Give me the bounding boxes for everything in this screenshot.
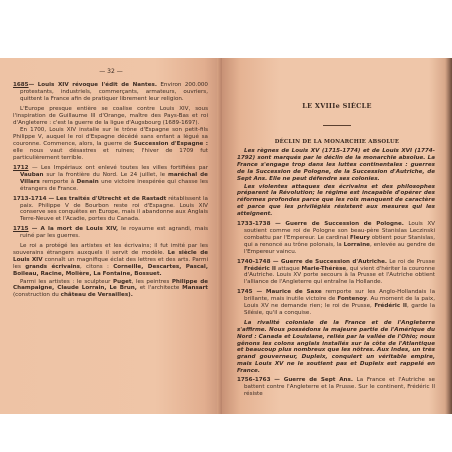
page-number: — 32 — <box>0 68 222 75</box>
entry-1715: 1715 — A la mort de Louis XIV, le royaum… <box>13 226 208 240</box>
intro-paragraph-1: Les règnes de Louis XV (1715-1774) et de… <box>237 148 435 183</box>
paragraph-succession-espagne: En 1700, Louis XIV installe sur le trône… <box>13 127 208 162</box>
right-page-text: Les règnes de Louis XV (1715-1774) et de… <box>237 148 435 401</box>
booklet-spread: — 32 — 1685— Louis XIV révoque l'édit de… <box>0 58 452 414</box>
entry-1740-1748: 1740-1748 — Guerre de Succession d'Autri… <box>237 259 435 287</box>
paragraph-artistes: Parmi les artistes : le sculpteur Puget,… <box>13 279 208 300</box>
heading-divider <box>323 125 351 126</box>
right-page: LE XVIIIe SIÈCLE DÉCLIN DE LA MONARCHIE … <box>222 58 452 414</box>
section-heading: DÉCLIN DE LA MONARCHIE ABSOLUE <box>222 139 452 145</box>
left-page-text: 1685— Louis XIV révoque l'édit de Nantes… <box>13 82 208 300</box>
paragraph-augsbourg: L'Europe presque entière se coalise cont… <box>13 106 208 127</box>
intro-paragraph-2: Les violentes attaques des écrivains et … <box>237 184 435 219</box>
entry-1733-1738: 1733-1738 — Guerre de Succession de Polo… <box>237 221 435 256</box>
entry-1713-1714: 1713-1714 — Les traités d'Utrecht et de … <box>13 196 208 224</box>
left-page: — 32 — 1685— Louis XIV révoque l'édit de… <box>0 58 222 414</box>
paragraph-siecle-louis-xiv: Le roi a protégé les artistes et les écr… <box>13 243 208 278</box>
entry-1685: 1685— Louis XIV révoque l'édit de Nantes… <box>13 82 208 103</box>
entry-1756-1763: 1756-1763 — Guerre de Sept Ans. La Franc… <box>237 377 435 398</box>
entry-1712: 1712 — Les Impériaux ont enlevé toutes l… <box>13 165 208 193</box>
chapter-heading: LE XVIIIe SIÈCLE <box>222 102 452 110</box>
paragraph-rivalite-coloniale: La rivalité coloniale de la France et de… <box>237 320 435 375</box>
entry-1745: 1745 — Maurice de Saxe remporte sur les … <box>237 289 435 317</box>
